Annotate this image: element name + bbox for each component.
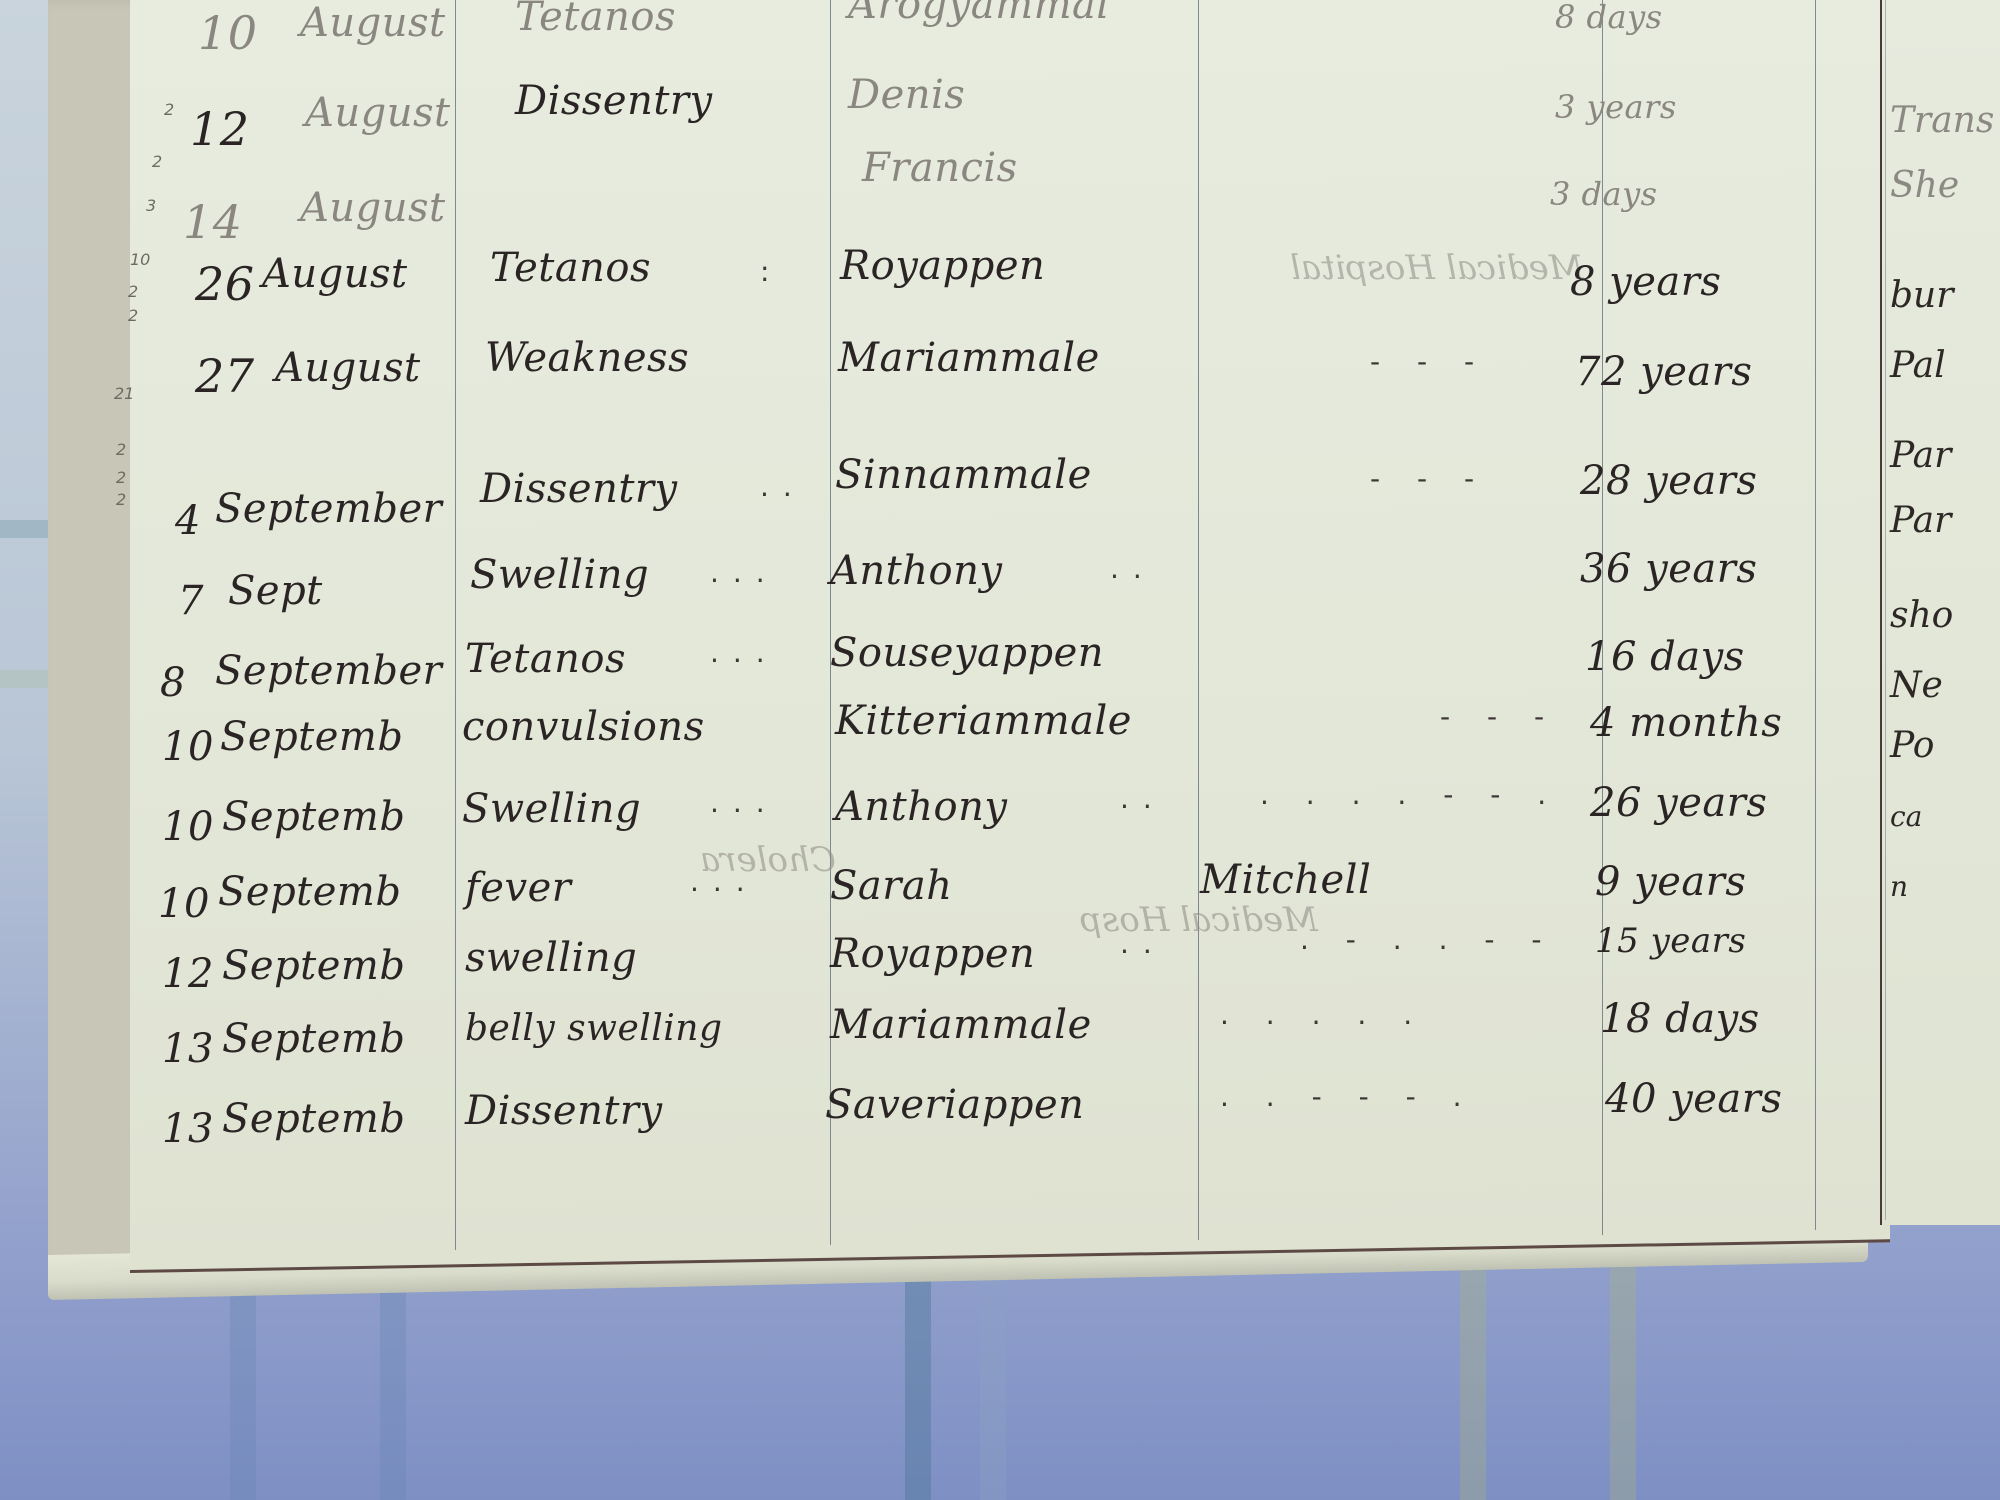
filler-dots: ..: [1120, 927, 1166, 960]
entry-day: 10: [198, 6, 258, 60]
entry-age: 26 years: [1590, 780, 1767, 826]
filler-dots: ...: [710, 786, 779, 819]
register-row: 7 Sept Swelling ... Anthony .. 36 years: [0, 560, 2000, 630]
entry-name: Anthony: [830, 548, 1002, 594]
entry-age: 9 years: [1595, 859, 1746, 905]
filler-dots: - - -: [1370, 462, 1488, 495]
entry-day: 10: [162, 804, 214, 850]
entry-cause: Tetanos: [465, 636, 626, 682]
filler-dots: ..: [1120, 782, 1166, 815]
entry-cause: Tetanos: [515, 0, 676, 40]
entry-name: Sarah: [830, 863, 952, 909]
filler-dots: . . . . .: [1220, 998, 1426, 1031]
entry-age: 3 years: [1555, 88, 1677, 126]
register-row: 10 August Tetanos Arogyammal 8 days: [0, 0, 2000, 62]
entry-name: Mariammale: [830, 1002, 1092, 1048]
facing-page-text: Ne: [1890, 665, 1943, 706]
entry-cause: convulsions: [462, 704, 705, 750]
entry-day: 27: [195, 349, 255, 403]
filler-dots: ..: [1110, 552, 1156, 585]
entry-cause: Dissentry: [465, 1088, 663, 1134]
register-row: 10 Septemb Swelling ... Anthony .. . . .…: [0, 790, 2000, 860]
entry-month: Septemb: [222, 1096, 405, 1142]
filler-dots: ...: [690, 865, 759, 898]
entry-month: Septemb: [222, 943, 405, 989]
register-row: 13 Septemb belly swelling Mariammale . .…: [0, 1010, 2000, 1080]
entry-cause: Tetanos: [490, 245, 651, 291]
entry-cause: swelling: [465, 935, 637, 981]
entry-cause: Swelling: [462, 786, 641, 832]
entry-age: 18 days: [1600, 996, 1760, 1042]
entry-name: Denis: [848, 72, 965, 118]
filler-dots: . . . . - - .: [1260, 778, 1560, 811]
entry-name: Anthony: [835, 784, 1007, 830]
entry-day: 13: [162, 1026, 214, 1072]
entry-age: 16 days: [1585, 634, 1745, 680]
margin-number: 2: [116, 440, 126, 459]
entry-day: 4: [175, 498, 201, 544]
entry-age: 40 years: [1605, 1076, 1782, 1122]
entry-age: 36 years: [1580, 546, 1757, 592]
entry-name: Royappen: [840, 243, 1045, 289]
entry-name: Royappen: [830, 931, 1035, 977]
entry-month: September: [215, 486, 442, 532]
entry-month: September: [215, 648, 442, 694]
entry-day: 12: [162, 951, 214, 997]
filler-dots: . . - - - .: [1220, 1080, 1476, 1113]
register-row: 12 Septemb swelling Royappen .. . - . . …: [0, 935, 2000, 1005]
entry-age: 8 years: [1570, 259, 1721, 305]
entry-name: Saveriappen: [825, 1082, 1084, 1128]
entry-day: 10: [158, 881, 210, 927]
facing-page-text: She: [1890, 165, 1959, 206]
entry-age: 72 years: [1575, 349, 1752, 395]
filler-dots: ...: [710, 556, 779, 589]
filler-dots: :: [760, 255, 783, 288]
entry-day: 7: [178, 578, 204, 624]
entry-age: 8 days: [1555, 0, 1663, 36]
entry-month: Septemb: [218, 869, 401, 915]
filler-dots: . - . . - -: [1300, 923, 1556, 956]
entry-name: Souseyappen: [830, 630, 1104, 676]
entry-cause: Weakness: [485, 335, 689, 381]
entry-age: 15 years: [1595, 921, 1746, 961]
entry-month: August: [262, 251, 408, 297]
entry-month: August: [305, 90, 451, 136]
filler-dots: - - -: [1440, 700, 1558, 733]
entry-month: August: [300, 0, 446, 46]
entry-cause: Dissentry: [480, 466, 678, 512]
entry-cause: belly swelling: [465, 1008, 723, 1049]
entry-month: Sept: [228, 568, 323, 614]
facing-page-text: Par: [1890, 500, 1951, 541]
entry-name: Mariammale: [838, 335, 1100, 381]
entry-day: 14: [183, 195, 243, 249]
entry-age: 3 days: [1550, 175, 1658, 213]
facing-page-text: Trans: [1890, 100, 1994, 141]
facing-page-text: Par: [1890, 435, 1951, 476]
facing-page-text: ca: [1890, 800, 1922, 833]
entry-name: Sinnammale: [835, 452, 1092, 498]
facing-page-text: sho: [1890, 595, 1953, 636]
register-row: 13 Septemb Dissentry Saveriappen . . - -…: [0, 1090, 2000, 1160]
entry-name: Kitteriammale: [835, 698, 1132, 744]
entry-cause: Swelling: [470, 552, 649, 598]
entry-age: 4 months: [1590, 700, 1782, 746]
facing-page-text: bur: [1890, 275, 1953, 316]
entry-cause: fever: [465, 865, 571, 911]
facing-page-text: Pal: [1890, 345, 1946, 386]
filler-dots: - - -: [1370, 345, 1488, 378]
register-row: 27 August Weakness Mariammale - - - 72 y…: [0, 345, 2000, 415]
register-row: 10 Septemb convulsions Kitteriammale - -…: [0, 710, 2000, 780]
entry-month: August: [275, 345, 421, 391]
entry-month: August: [300, 185, 446, 231]
filler-dots: ...: [710, 636, 779, 669]
entry-day: 26: [195, 257, 255, 311]
entry-day: 10: [162, 724, 214, 770]
entry-day: 8: [160, 660, 186, 706]
entry-month: Septemb: [222, 794, 405, 840]
entry-month: Septemb: [222, 1016, 405, 1062]
facing-page-text: n: [1890, 870, 1908, 903]
entry-cause: Dissentry: [515, 78, 713, 124]
filler-dots: ..: [760, 470, 806, 503]
register-row: 26 August Tetanos : Royappen 8 years: [0, 245, 2000, 315]
entry-month: Septemb: [220, 714, 403, 760]
entry-day: 12: [190, 102, 250, 156]
entry-age: 28 years: [1580, 458, 1757, 504]
entry-day: 13: [162, 1106, 214, 1152]
facing-page-text: Po: [1890, 725, 1934, 766]
entry-surname: Mitchell: [1200, 857, 1371, 903]
entry-name: Francis: [862, 145, 1018, 191]
register-row: 4 September Dissentry .. Sinnammale - - …: [0, 470, 2000, 540]
entry-name: Arogyammal: [848, 0, 1110, 28]
